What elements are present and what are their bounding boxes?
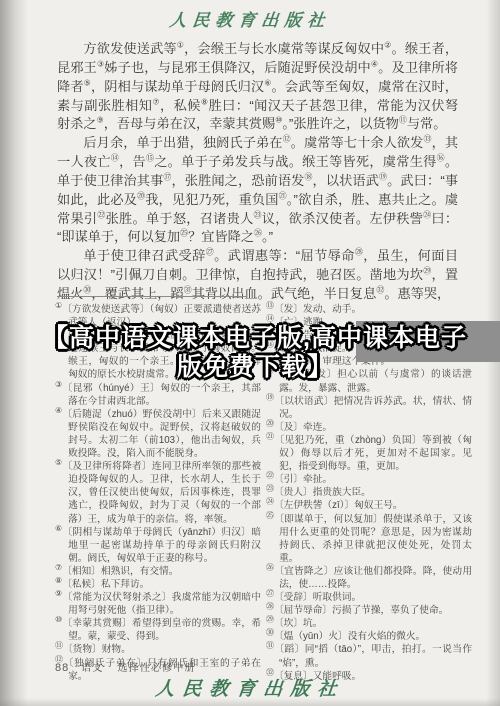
footnote-item: ㉖〔宜皆降之〕应该让他们都投降。降，使动用法，使……投降。 xyxy=(266,565,472,591)
footnote-item: ⑰〔治其事〕审理这个案件。 xyxy=(266,355,472,368)
footnote-item: ㉙〔坎〕坑。 xyxy=(266,617,472,630)
textbook-page-photo: { "publisher": "人民教育出版社", "watermark": {… xyxy=(0,0,500,706)
footnote-item: ⑭〔亡〕逃跑。 xyxy=(266,316,472,329)
footnote-item: ㉗〔受辞〕听取供词。 xyxy=(266,591,472,604)
footnotes-left-column: ①〔方欲发使送武等〕（匈奴）正要派遣使者送苏武等人（返汉）。②〔会缑（gōu）王… xyxy=(55,303,261,683)
book-spine-shadow xyxy=(0,0,28,706)
footnote-item: ⑬〔发〕发动、动手。 xyxy=(266,303,472,316)
footnote-item: ⑩〔幸蒙其赏赐〕希望得到皇帝的赏赐。幸，希望。蒙，蒙受、得到。 xyxy=(55,617,261,643)
footnote-item: ③〔昆邪（húnyé）王〕匈奴的一个亲王，其部落在今甘肃西北部。 xyxy=(55,382,261,408)
lesson-body-text: 方欲发使送武等①，会缑王与长水虞常等谋反匈奴中②。缑王者，昆邪王③姊子也，与昆邪… xyxy=(57,40,458,304)
footer-book-title: 选择性必修中册 xyxy=(117,663,195,674)
footnote-item: ④〔后随浞（zhuó）野侯没胡中〕后来又跟随浞野侯陷没在匈奴中。浞野侯，汉将赵破… xyxy=(55,408,261,460)
footnote-item: ㉛〔蹈〕同“搯（tāo）”，叩击，拍打。一说当作“焰”，熏。 xyxy=(266,643,472,669)
footnote-item: ⑦〔相知〕相熟识，有交情。 xyxy=(55,565,261,578)
footnote-item: ②〔会缑（gōu）王与长水虞常等谋反匈奴中〕适逢缑王与长水虞常等人谋反于匈奴国内… xyxy=(55,329,261,381)
page-number: 88 xyxy=(55,662,69,674)
publisher-logo-bottom: 人民教育出版社 xyxy=(0,674,500,701)
footnote-item: ㉔〔左伊秩訾（zī）〕匈奴王号。 xyxy=(266,499,472,512)
footnote-item: ⑲〔以状语武〕把情况告诉苏武。状，情状、情况。 xyxy=(266,395,472,421)
footnote-item: ㉒〔引〕牵扯。 xyxy=(266,473,472,486)
footnote-item: ⑨〔常能为汉伏弩射杀之〕我虞常能为汉朝暗中用弩弓射死他（指卫律）。 xyxy=(55,591,261,617)
footnote-item: ㉑〔见犯乃死，重（zhòng）负国〕等到被（匈奴）侮辱以后才死，更加对不起国家。… xyxy=(266,434,472,473)
footnote-item: ⑱〔恐前语发〕担心以前（与虞常）的谈话泄露。发，暴露、泄露。 xyxy=(266,368,472,394)
footnotes-right-column: ⑬〔发〕发动、动手。⑭〔亡〕逃跑。⑮〔告〕告发。⑯〔生得〕被活捉。⑰〔治其事〕审… xyxy=(266,303,472,683)
footnote-item: ㉘〔屈节辱命〕污损了节操，辜负了使命。 xyxy=(266,604,472,617)
paragraph-1: 方欲发使送武等①，会缑王与长水虞常等谋反匈奴中②。缑王者，昆邪王③姊子也，与昆邪… xyxy=(57,40,458,134)
footnote-item: ㉚〔煴（yūn）火〕没有火焰的微火。 xyxy=(266,630,472,643)
publisher-logo-top: 人民教育出版社 xyxy=(0,6,500,31)
footnote-divider-rule xyxy=(57,296,247,297)
footnote-item: ⑯〔生得〕被活捉。 xyxy=(266,342,472,355)
footnote-item: ⑤〔及卫律所将降者〕连同卫律所率领的那些被迫投降匈奴的人。卫律，长水胡人，生长于… xyxy=(55,460,261,525)
footnote-item: ⑧〔私候〕私下拜访。 xyxy=(55,578,261,591)
footnote-item: ①〔方欲发使送武等〕（匈奴）正要派遣使者送苏武等人（返汉）。 xyxy=(55,303,261,329)
paragraph-2: 后月余，单于出猎，独阏氏子弟在⑫。虞常等七十余人欲发⑬，其一人夜亡⑭，告⑮之。单… xyxy=(57,134,458,247)
footnote-item: ⑪〔货物〕财物。 xyxy=(55,643,261,656)
footnote-item: ㉓〔贵人〕指贵族大臣。 xyxy=(266,486,472,499)
footnote-item: ⑳〔及〕牵连。 xyxy=(266,421,472,434)
footnote-item: ㉕〔即谋单于，何以复加〕假使谋杀单于，又该用什么更重的处罚呢？意思是，因为密谋劫… xyxy=(266,513,472,565)
footer-subject: 语文 xyxy=(81,663,103,674)
page-footer: 88 语文 选择性必修中册 xyxy=(55,659,206,674)
footnote-item: ⑥〔阴相与谋劫单于母阏氏（yānzhī）归汉〕暗地里一起密谋劫持单于的母亲阏氏归… xyxy=(55,526,261,565)
footnote-item: ⑮〔告〕告发。 xyxy=(266,329,472,342)
page-right-edge-shading xyxy=(486,0,500,706)
